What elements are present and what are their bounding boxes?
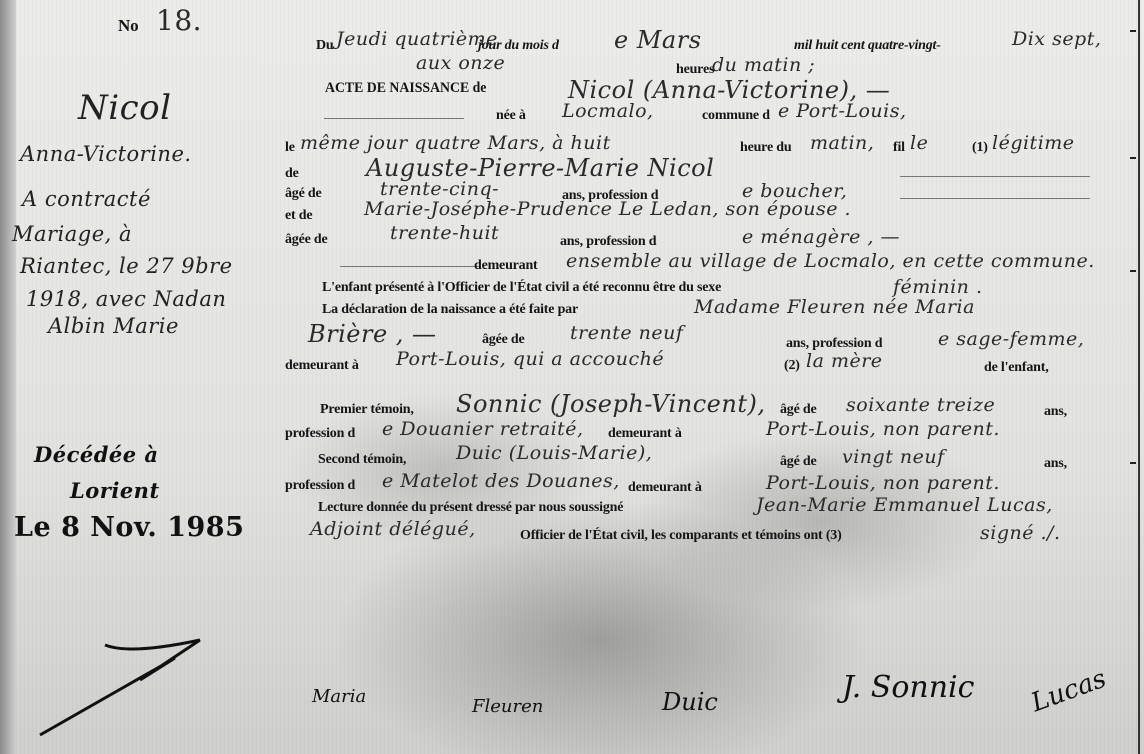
handwritten-birth-date: même jour quatre Mars, à huit [300,132,611,154]
handwritten-residence: ensemble au village de Locmalo, en cette… [566,250,1095,272]
printed-text: demeurant [474,258,538,274]
printed-text: profession d [285,478,355,494]
printed-text: demeurant à [608,426,682,442]
printed-text: demeurant à [628,480,702,496]
act-title: ACTE DE NAISSANCE de [325,80,486,97]
signature: Duic [662,688,718,716]
printed-text: fil [893,140,905,156]
binding-edge [0,0,16,754]
margin-marriage-line: Mariage, à [12,222,132,246]
right-margin-rule [1138,0,1140,754]
printed-text: mil huit cent quatre-vingt- [794,38,941,54]
handwritten-time-of-day: du matin ; [712,54,815,76]
handwritten-officer-title: Adjoint délégué, [310,518,476,540]
handwritten-second-witness-residence: Port-Louis, non parent. [766,472,1000,494]
printed-text: ans, [1044,404,1067,420]
handwritten-mother-name: Marie-Joséphe-Prudence Le Ledan, son épo… [364,198,851,220]
handwritten-declarant-residence: Port-Louis, qui a accouché [396,348,664,370]
footnote-marker: (2) [784,358,800,374]
handwritten-father-age: trente-cinq- [380,178,499,200]
margin-marriage-line: A contracté [22,187,151,211]
handwritten-declarant-surname: Brière , — [308,320,437,348]
handwritten-first-witness-occupation: e Douanier retraité, [382,418,584,440]
printed-text: âgé de [285,186,322,202]
margin-given-names: Anna-Victorine. [20,142,192,166]
signature: Lucas [1027,664,1110,719]
handwritten-second-witness-age: vingt neuf [842,446,945,468]
margin-death-line: Décédée à [34,442,159,467]
handwritten-first-witness-age: soixante treize [846,394,995,416]
margin-marriage-line: Albin Marie [48,314,179,338]
handwritten-legitimacy: légitime [992,132,1075,154]
handwritten-declarant-occupation: e sage-femme, [938,328,1084,350]
printed-text: de [285,166,299,182]
printed-text: de l'enfant, [984,360,1049,376]
signature: Fleuren [472,696,543,717]
signature: Maria [312,686,366,707]
filler-line [900,198,1090,199]
filler-line [324,118,464,119]
printed-text: L'enfant présenté à l'Officier de l'État… [322,280,721,296]
register-page: No 18. Nicol Anna-Victorine. A contracté… [0,0,1144,754]
handwritten-text: le [910,132,928,154]
handwritten-second-witness-occupation: e Matelot des Douanes, [382,470,620,492]
handwritten-hour: aux onze [416,52,505,74]
handwritten-mother-occupation: e ménagère , — [742,226,900,248]
margin-surname: Nicol [78,88,172,128]
handwritten-first-witness: Sonnic (Joseph-Vincent), [456,390,765,418]
printed-text: demeurant à [285,358,359,374]
handwritten-officer-name: Jean-Marie Emmanuel Lucas, [756,494,1053,516]
handwritten-mother-age: trente-huit [390,222,499,244]
printed-text: profession d [285,426,355,442]
margin-death-line: Lorient [70,478,160,503]
handwritten-text: la mère [806,350,883,372]
handwritten-declarant-age: trente neuf [570,322,683,344]
margin-bracket [1130,270,1136,464]
handwritten-second-witness: Duic (Louis-Marie), [456,442,652,464]
printed-text: Second témoin, [318,452,406,468]
margin-marriage-line: 1918, avec Nadan [26,287,226,311]
handwritten-birthplace: Locmalo, [562,100,654,122]
printed-text: ans, [1044,456,1067,472]
handwritten-year: Dix sept, [1012,28,1101,50]
footnote-marker: (1) [972,140,988,156]
printed-text: âgé de [780,454,817,470]
filler-line [900,176,1090,177]
printed-text: Premier témoin, [320,402,414,418]
printed-text: ans, profession d [560,234,656,250]
handwritten-day: Jeudi quatrième [336,28,498,50]
printed-text: Lecture donnée du présent dressé par nou… [318,500,623,516]
handwritten-commune: e Port-Louis, [778,100,907,122]
pen-stroke-mark [30,600,210,740]
printed-text: née à [496,108,526,124]
handwritten-month: e Mars [614,26,702,54]
margin-bracket [1130,30,1136,159]
printed-text: le [285,140,295,156]
printed-text: et de [285,208,312,224]
act-number: 18. [156,4,202,37]
printed-text: heure du [740,140,791,156]
handwritten-declarant: Madame Fleuren née Maria [694,296,975,318]
printed-text: âgé de [780,402,817,418]
handwritten-first-witness-residence: Port-Louis, non parent. [766,418,1000,440]
handwritten-signed: signé ./. [980,522,1061,544]
margin-death-line: Le 8 Nov. 1985 [14,512,244,543]
printed-text: âgée de [482,332,525,348]
handwritten-sex: féminin . [893,276,983,298]
filler-line [340,266,480,267]
handwritten-time-of-day: matin, [810,132,874,154]
signature: J. Sonnic [842,670,974,705]
act-number-label: No [118,16,138,36]
printed-text: La déclaration de la naissance a été fai… [322,302,578,318]
printed-text: commune d [702,108,770,124]
printed-text: Officier de l'État civil, les comparants… [520,528,842,544]
printed-text: âgée de [285,232,328,248]
margin-marriage-line: Riantec, le 27 9bre [20,254,233,278]
printed-text: Du [316,38,334,54]
